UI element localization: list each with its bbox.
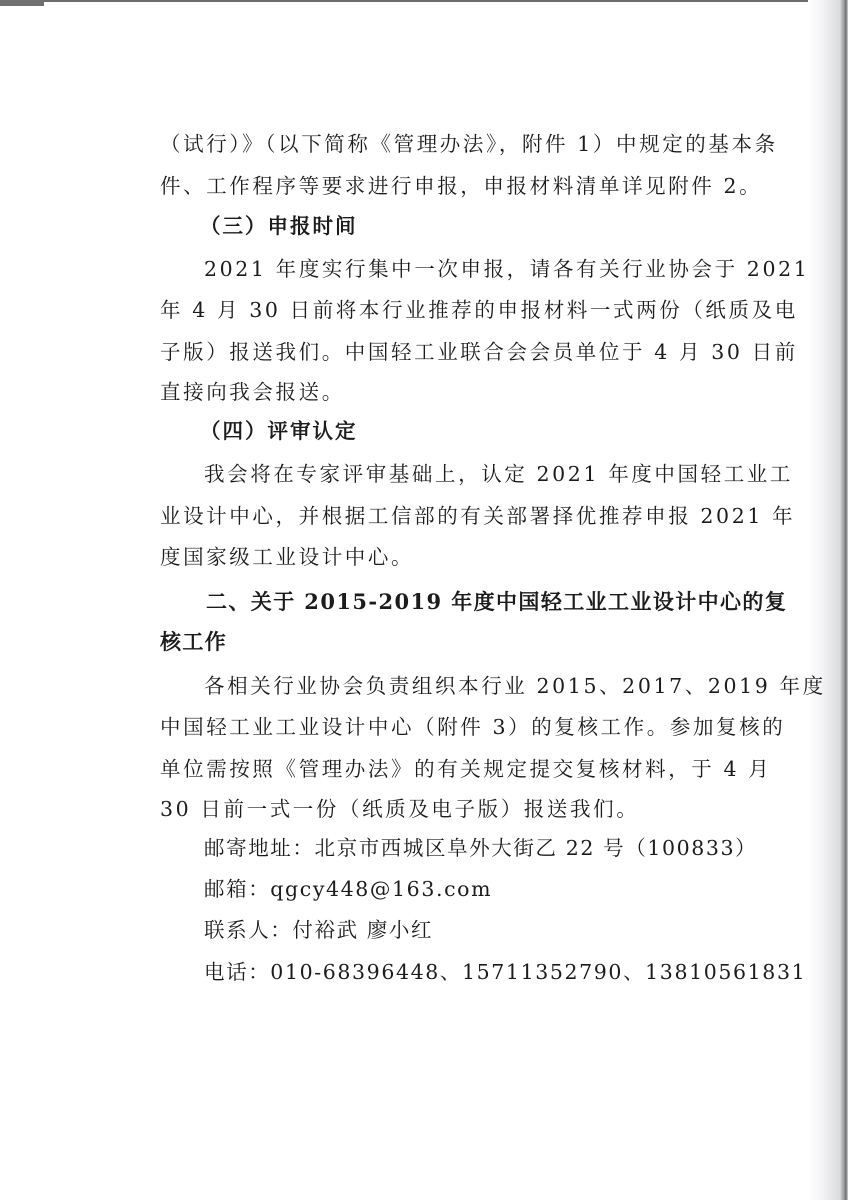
paragraph-line: 单位需按照《管理办法》的有关规定提交复核材料，于 4 月 (160, 755, 780, 783)
paragraph-line: 子版）报送我们。中国轻工业联合会会员单位于 4 月 30 日前 (160, 338, 780, 366)
section-heading-application-time: （三）申报时间 (200, 212, 820, 240)
mailing-address: 邮寄地址：北京市西城区阜外大街乙 22 号（100833） (204, 834, 824, 862)
paragraph-line: 各相关行业协会负责组织本行业 2015、2017、2019 年度 (204, 672, 824, 700)
contact-people: 联系人：付裕武 廖小红 (204, 916, 824, 944)
paragraph-line: 度国家级工业设计中心。 (160, 543, 780, 571)
paragraph-line: 30 日前一式一份（纸质及电子版）报送我们。 (160, 795, 780, 823)
paragraph-line: 直接向我会报送。 (160, 378, 780, 406)
section-heading-2-cont: 核工作 (160, 628, 780, 656)
email-address: 邮箱：qgcy448@163.com (204, 875, 824, 903)
paragraph-line: 我会将在专家评审基础上，认定 2021 年度中国轻工业工 (204, 460, 824, 488)
paragraph-line: 年 4 月 30 日前将本行业推荐的申报材料一式两份（纸质及电 (160, 296, 780, 324)
document-page: （试行）》（以下简称《管理办法》，附件 1）中规定的基本条 件、工作程序等要求进… (0, 0, 848, 1200)
paragraph-line: 业设计中心，并根据工信部的有关部署择优推荐申报 2021 年 (160, 502, 780, 530)
paragraph-line: （试行）》（以下简称《管理办法》，附件 1）中规定的基本条 (160, 130, 780, 158)
paragraph-line: 2021 年度实行集中一次申报，请各有关行业协会于 2021 (204, 255, 824, 283)
phone-numbers: 电话：010-68396448、15711352790、13810561831 (204, 958, 824, 986)
paragraph-line: 中国轻工业工业设计中心（附件 3）的复核工作。参加复核的 (160, 713, 780, 741)
section-heading-2: 二、关于 2015-2019 年度中国轻工业工业设计中心的复 (206, 588, 826, 616)
section-heading-review: （四）评审认定 (200, 417, 820, 445)
paragraph-line: 件、工作程序等要求进行申报，申报材料清单详见附件 2。 (160, 172, 780, 200)
